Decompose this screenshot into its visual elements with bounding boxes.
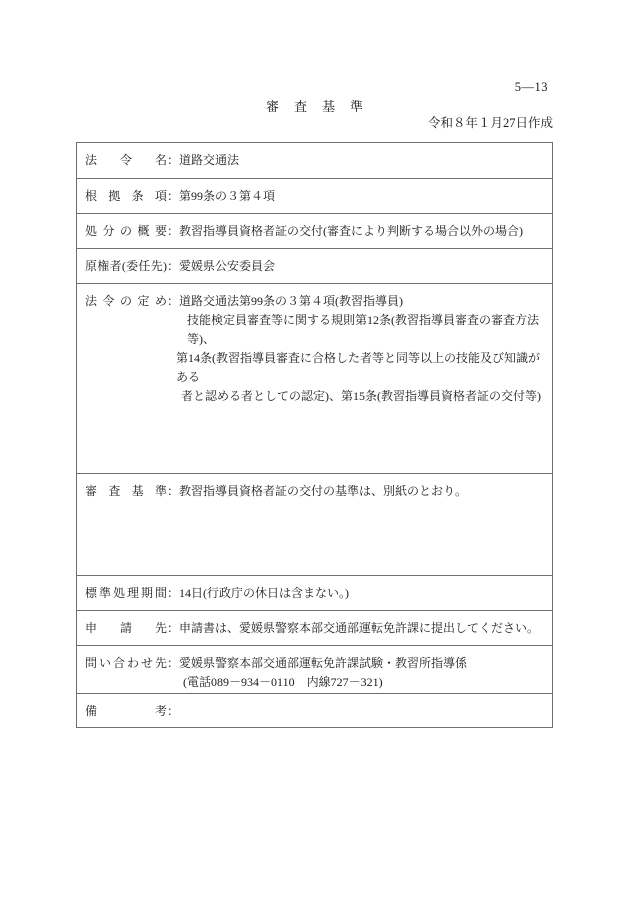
criteria-table: 法令名： 道路交通法 根拠条項： 第99条の３第４項 処分の概要： 教習指導員資…	[76, 142, 553, 728]
contact-line: 愛媛県警察本部交通部運転免許課試験・教習所指導係	[179, 654, 544, 673]
table-row-legal-basis: 根拠条項： 第99条の３第４項	[77, 178, 552, 213]
table-row-original-authority: 原権者(委任先)： 愛媛県公安委員会	[77, 248, 552, 283]
document-page: { "page": { "page_number": "5—13", "titl…	[0, 0, 630, 903]
row-value: 教習指導員資格者証の交付の基準は、別紙のとおり。	[179, 482, 544, 501]
table-row-application-destination: 申請先： 申請書は、愛媛県警察本部交通部運転免許課に提出してください。	[77, 610, 552, 645]
provision-line: 技能検定員審査等に関する規則第12条(教習指導員審査の審査方法等)、	[187, 311, 544, 349]
row-label: 法令の定め	[85, 292, 167, 311]
label-colon: ：	[167, 187, 179, 206]
table-row-law-name: 法令名： 道路交通法	[77, 143, 552, 178]
table-row-examination-criteria: 審査基準： 教習指導員資格者証の交付の基準は、別紙のとおり。	[77, 473, 552, 575]
label-colon: ：	[167, 151, 179, 170]
row-label: 処分の概要	[85, 222, 167, 241]
created-date: 令和８年１月27日作成	[0, 113, 553, 131]
table-row-remarks: 備考：	[77, 693, 552, 727]
row-label: 備考	[85, 702, 167, 721]
row-value: 14日(行政庁の休日は含まない。)	[179, 584, 544, 603]
provision-line: 道路交通法第99条の３第４項(教習指導員)	[179, 292, 544, 311]
label-colon: ：	[167, 584, 179, 603]
row-value: 申請書は、愛媛県警察本部交通部運転免許課に提出してください。	[179, 619, 544, 638]
label-colon: ：	[167, 654, 179, 673]
row-label: 標準処理期間	[85, 584, 167, 603]
provision-line: 第14条(教習指導員審査に合格した者等と同等以上の技能及び知識がある	[176, 349, 544, 387]
row-label: 法令名	[85, 151, 167, 170]
row-label: 原権者(委任先)	[85, 257, 167, 276]
table-row-standard-processing-period: 標準処理期間： 14日(行政庁の休日は含まない。)	[77, 575, 552, 610]
row-value: 第99条の３第４項	[179, 187, 544, 206]
row-value: 愛媛県公安委員会	[179, 257, 544, 276]
label-colon: ：	[167, 257, 179, 276]
row-value: 教習指導員資格者証の交付(審査により判断する場合以外の場合)	[179, 222, 544, 241]
row-label: 審査基準	[85, 482, 167, 501]
provision-line: 者と認める者としての認定)、第15条(教習指導員資格者証の交付等)	[181, 387, 544, 406]
page-number: 5—13	[0, 80, 548, 95]
row-value-lines: 道路交通法第99条の３第４項(教習指導員) 技能検定員審査等に関する規則第12条…	[179, 292, 544, 406]
row-value: 道路交通法	[179, 151, 544, 170]
label-colon: ：	[167, 482, 179, 501]
label-colon: ：	[167, 292, 179, 311]
row-value-lines: 愛媛県警察本部交通部運転免許課試験・教習所指導係 (電話089－934－0110…	[179, 654, 544, 692]
table-row-contact: 問い合わせ先： 愛媛県警察本部交通部運転免許課試験・教習所指導係 (電話089－…	[77, 645, 552, 693]
table-row-disposition-summary: 処分の概要： 教習指導員資格者証の交付(審査により判断する場合以外の場合)	[77, 213, 552, 248]
row-label: 問い合わせ先	[85, 654, 167, 673]
label-colon: ：	[167, 702, 179, 721]
table-row-law-provisions: 法令の定め： 道路交通法第99条の３第４項(教習指導員) 技能検定員審査等に関す…	[77, 283, 552, 473]
label-colon: ：	[167, 619, 179, 638]
label-colon: ：	[167, 222, 179, 241]
row-label: 申請先	[85, 619, 167, 638]
contact-phone-line: (電話089－934－0110 内線727－321)	[183, 673, 544, 692]
row-label: 根拠条項	[85, 187, 167, 206]
